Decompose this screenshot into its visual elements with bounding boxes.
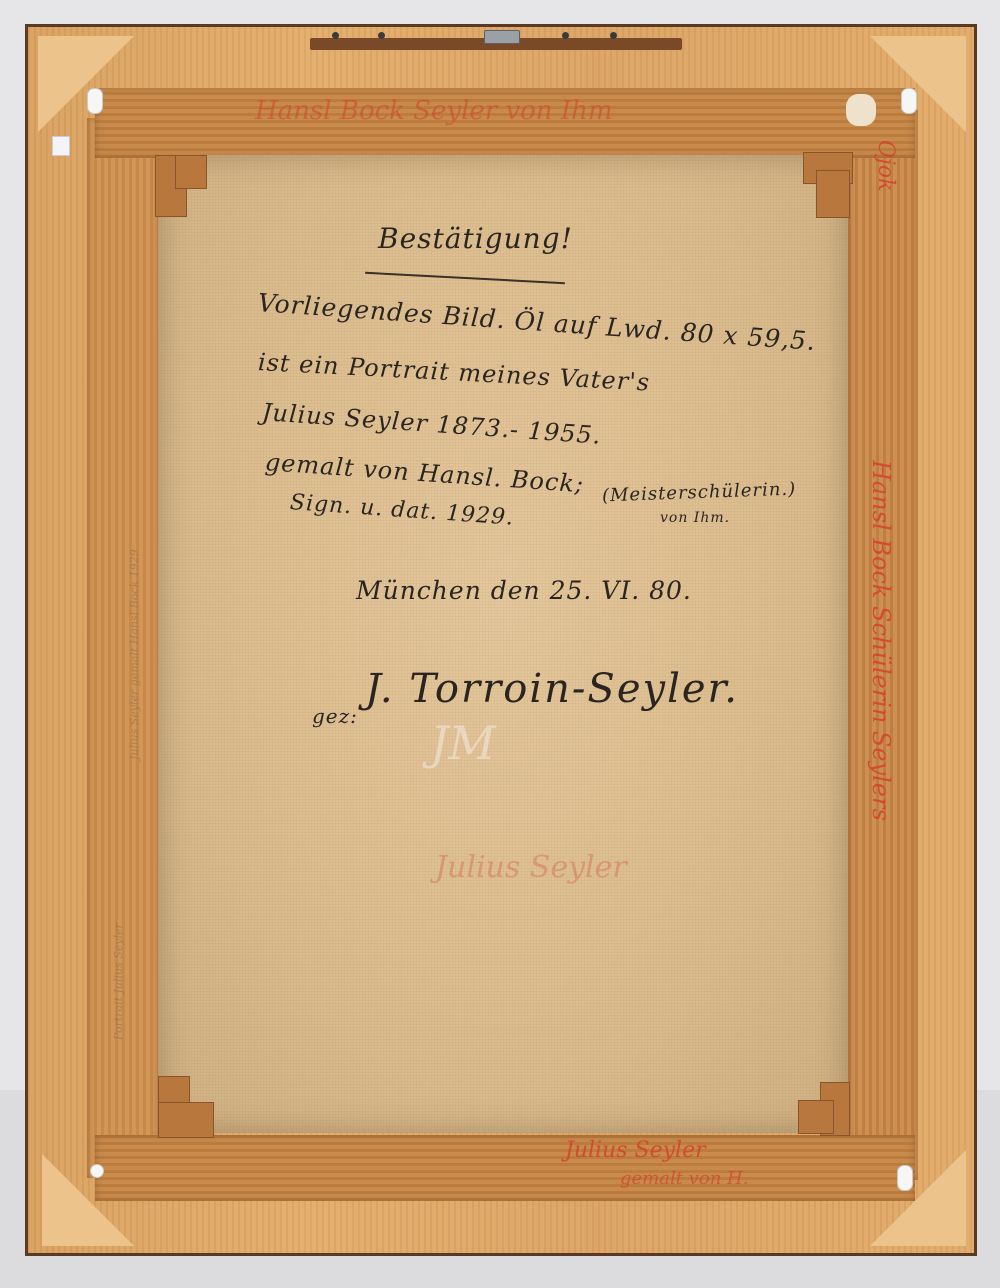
screw-icon xyxy=(562,32,569,39)
wedge-key xyxy=(816,170,850,218)
red-marking-bottom: Julius Seyler xyxy=(565,1138,706,1163)
screw-icon xyxy=(610,32,617,39)
inscription-place-date: München den 25. VI. 80. xyxy=(356,576,692,605)
signature-label: gez: xyxy=(312,704,358,728)
stretcher-bar-bottom xyxy=(95,1135,915,1201)
wedge-key xyxy=(798,1100,834,1134)
pencil-marking-left-2: Portrait Julius Seyler xyxy=(112,923,125,1040)
inventory-sticker xyxy=(52,136,70,156)
red-marking-canvas: Julius Seyler xyxy=(435,850,627,885)
frame-clip xyxy=(90,1164,104,1178)
screw-icon xyxy=(332,32,339,39)
red-marking-right-upper: Ojok xyxy=(873,140,898,191)
screw-icon xyxy=(378,32,385,39)
inscription-note-sub: von Ihm. xyxy=(660,510,730,526)
red-marking-top: Hansl Bock Seyler von Ihm xyxy=(255,96,613,126)
hanging-hook xyxy=(484,30,520,44)
chalk-marking: JM xyxy=(430,716,496,770)
frame-clip xyxy=(897,1165,913,1191)
frame-clip xyxy=(87,88,103,114)
red-marking-bottom-2: gemalt von H. xyxy=(620,1168,748,1189)
inscription-title: Bestätigung! xyxy=(378,222,573,255)
frame-clip xyxy=(901,88,917,114)
tape-residue xyxy=(846,94,876,126)
pencil-marking-left: Julius Seyler gemalt Hansl Bock 1929 xyxy=(128,549,141,760)
signature: J. Torroin-Seyler. xyxy=(365,666,739,712)
wedge-key xyxy=(158,1102,214,1138)
red-marking-right-lower: Hansl Bock Schülerin Seylers xyxy=(867,460,895,821)
wedge-key xyxy=(175,155,207,189)
